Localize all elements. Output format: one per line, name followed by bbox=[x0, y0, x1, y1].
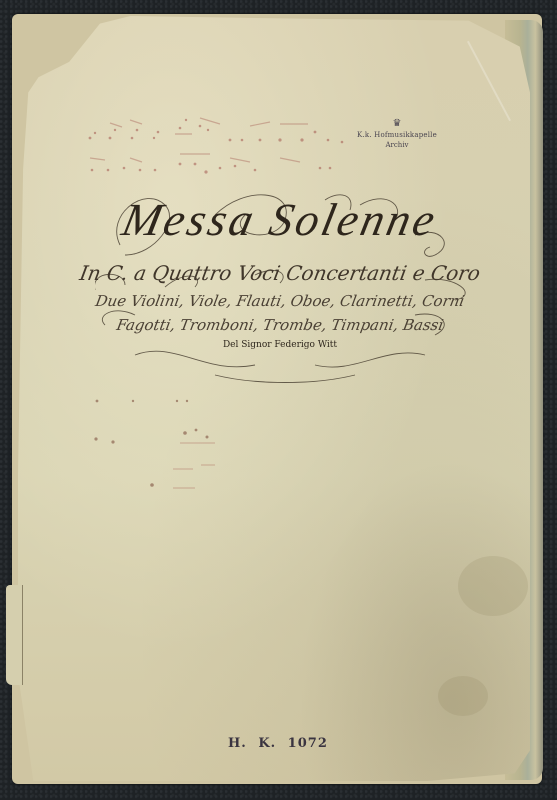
stamp-institution: K.k. Hofmusikkapelle bbox=[342, 130, 452, 140]
stamp-archive: Archiv bbox=[342, 140, 452, 150]
instrumentation-line-1: Due Violini, Viole, Flauti, Oboe, Clarin… bbox=[58, 289, 502, 313]
bleedthrough-music-notation bbox=[80, 108, 350, 188]
shelfmark: H. K. 1072 bbox=[228, 736, 328, 751]
water-stain bbox=[458, 556, 528, 616]
bleedthrough-music-notation bbox=[85, 395, 285, 495]
instrumentation-line-2: Fagotti, Tromboni, Trombe, Timpani, Bass… bbox=[58, 313, 502, 337]
page-title: Messa Solenne bbox=[53, 185, 508, 255]
voices-line: In C. a Quattro Voci Concertanti e Coro bbox=[57, 257, 503, 289]
water-stain bbox=[438, 676, 488, 716]
torn-page-flap bbox=[6, 585, 23, 685]
crown-crest-icon: ♛ bbox=[342, 118, 452, 130]
title-block: Messa Solenne In C. a Quattro Voci Conce… bbox=[60, 185, 500, 353]
library-stamp: ♛ K.k. Hofmusikkapelle Archiv bbox=[342, 118, 452, 150]
paper-fold bbox=[467, 41, 511, 121]
composer-attribution: Del Signor Federigo Witt bbox=[60, 337, 500, 353]
